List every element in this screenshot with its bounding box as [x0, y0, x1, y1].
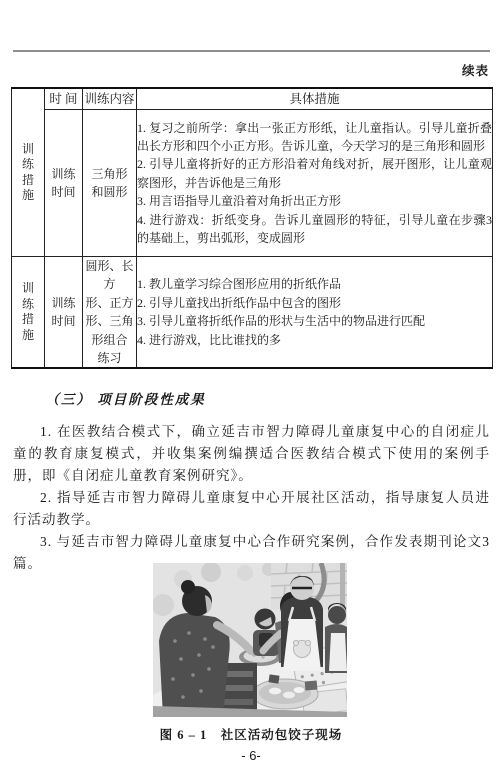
group-label-cell: 训练措施: [12, 257, 45, 369]
measure-item: 2. 引导儿童将折好的正方形沿着对角线对折，展开图形，让儿童观察图形，并告诉他是…: [137, 155, 492, 192]
group-label-vertical: 训练措施: [21, 142, 35, 204]
content-cell: 三角形 和圆形: [83, 110, 137, 257]
measures-cell: 1. 教儿童学习综合图形应用的折纸作品 2. 引导儿童找出折纸作品中包含的图形 …: [137, 257, 493, 369]
photo-person-right: [325, 603, 347, 673]
paragraph: 2. 指导延吉市智力障碍儿童康复中心开展社区活动，指导康复人员进行活动教学。: [13, 487, 490, 531]
time-cell: 训练 时间: [45, 257, 83, 369]
table-header-row: 训练措施 时 间 训练内容 具体措施: [12, 88, 493, 110]
measure-item: 1. 复习之前所学：拿出一张正方形纸，让儿童指认。引导儿童折叠出长方形和四个小正…: [137, 119, 492, 156]
group-label-cell: 训练措施: [12, 88, 45, 257]
content-cell: 圆形、长方 形、正方 形、三角 形组合 练习: [83, 257, 137, 369]
measures-cell: 1. 复习之前所学：拿出一张正方形纸，让儿童指认。引导儿童折叠出长方形和四个小正…: [137, 110, 493, 257]
dumpling-activity-photo: [153, 563, 347, 717]
continued-table-label: 续表: [462, 61, 489, 79]
time-cell: 训练 时间: [45, 110, 83, 257]
measure-item: 4. 进行游戏：折纸变身。告诉儿童圆形的特征，引导儿童在步骤3 的基础上，剪出弧…: [137, 211, 492, 248]
training-measures-table: 训练措施 时 间 训练内容 具体措施 训练 时间 三角形 和圆形 1. 复习之前…: [11, 87, 493, 369]
header-measures: 具体措施: [137, 88, 493, 110]
header-content: 训练内容: [83, 88, 137, 110]
header-time: 时 间: [45, 88, 83, 110]
header-rule: [13, 50, 490, 52]
measure-item: 3. 用言语指导儿童沿着对角折出正方形: [137, 192, 492, 210]
measure-item: 3. 引导儿童将折纸作品的形状与生活中的物品进行匹配: [137, 312, 492, 330]
page-number: - 6-: [0, 748, 502, 763]
group-label-vertical: 训练措施: [21, 281, 35, 343]
figure-caption: 图 6 – 1 社区活动包饺子现场: [0, 725, 502, 743]
document-page: 续表 训练措施 时 间 训练内容 具体措施 训练 时间 三角形 和圆形 1. 复…: [0, 0, 502, 779]
paragraph: 1. 在医教结合模式下，确立延吉市智力障碍儿童康复中心的自闭症儿童的教育康复模式…: [13, 421, 490, 487]
measure-item: 4. 进行游戏，比比谁找的多: [137, 331, 492, 349]
measure-item: 1. 教儿童学习综合图形应用的折纸作品: [137, 275, 492, 293]
table-row: 训练措施 训练 时间 圆形、长方 形、正方 形、三角 形组合 练习 1. 教儿童…: [12, 257, 493, 369]
measure-item: 2. 引导儿童找出折纸作品中包含的图形: [137, 294, 492, 312]
section-heading: （三） 项目阶段性成果: [13, 391, 490, 409]
table-row: 训练 时间 三角形 和圆形 1. 复习之前所学：拿出一张正方形纸，让儿童指认。引…: [12, 110, 493, 257]
body-text: （三） 项目阶段性成果 1. 在医教结合模式下，确立延吉市智力障碍儿童康复中心的…: [13, 391, 490, 575]
